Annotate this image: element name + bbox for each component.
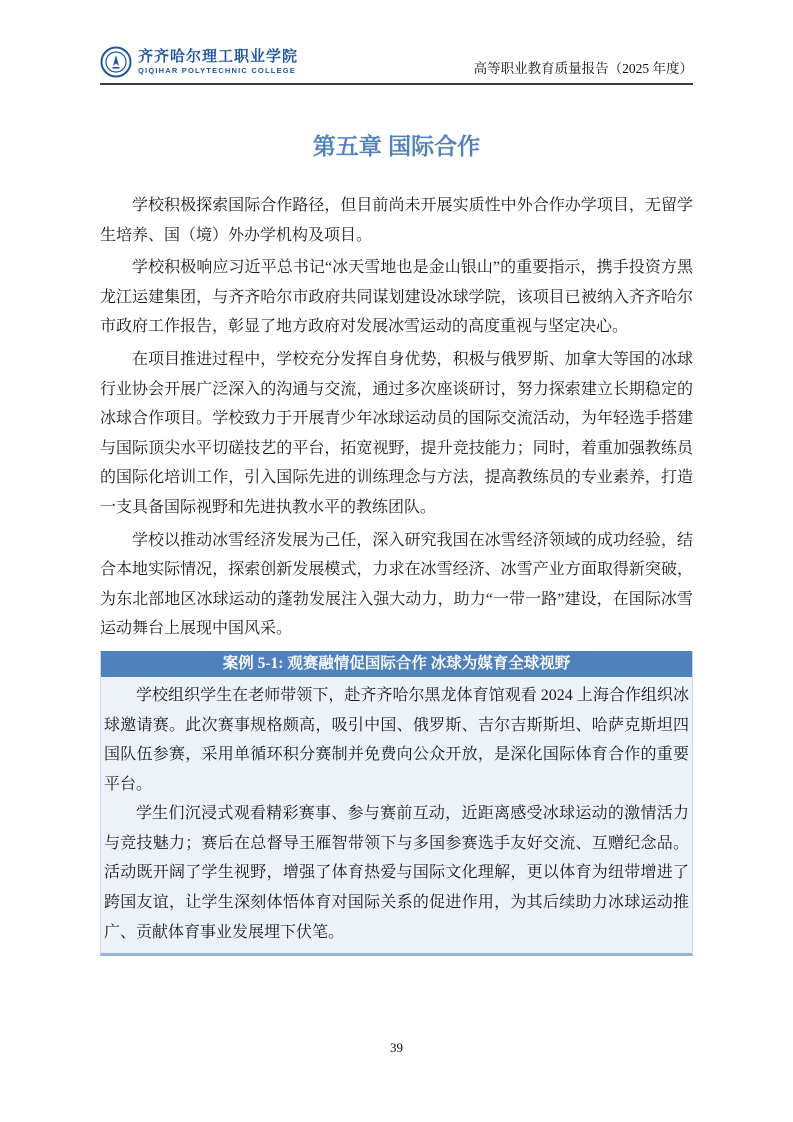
chapter-title: 第五章 国际合作 [100, 129, 693, 163]
chapter-content: 学校积极探索国际合作路径，但目前尚未开展实质性中外合作办学项目，无留学生培养、国… [100, 191, 693, 956]
case-paragraph-1: 学校组织学生在老师带领下，赴齐齐哈尔黑龙体育馆观看 2024 上海合作组织冰球邀… [104, 681, 689, 799]
body-paragraph-1: 学校积极探索国际合作路径，但目前尚未开展实质性中外合作办学项目，无留学生培养、国… [100, 191, 693, 250]
report-title: 高等职业教育质量报告（2025 年度） [474, 57, 693, 78]
case-box-title: 案例 5-1: 观赛融情促国际合作 冰球为媒育全球视野 [101, 651, 692, 677]
case-box-body: 学校组织学生在老师带领下，赴齐齐哈尔黑龙体育馆观看 2024 上海合作组织冰球邀… [101, 677, 692, 953]
body-paragraph-4: 学校以推动冰雪经济发展为己任，深入研究我国在冰雪经济领域的成功经验，结合本地实际… [100, 526, 693, 644]
page-number: 39 [0, 1040, 793, 1056]
document-page: 齐齐哈尔理工职业学院 QIQIHAR POLYTECHNIC COLLEGE 高… [0, 0, 793, 1122]
case-box: 案例 5-1: 观赛融情促国际合作 冰球为媒育全球视野 学校组织学生在老师带领下… [100, 651, 693, 956]
page-header: 齐齐哈尔理工职业学院 QIQIHAR POLYTECHNIC COLLEGE 高… [100, 0, 693, 85]
college-name-block: 齐齐哈尔理工职业学院 QIQIHAR POLYTECHNIC COLLEGE [138, 49, 298, 76]
college-name-en: QIQIHAR POLYTECHNIC COLLEGE [138, 67, 298, 75]
case-paragraph-2: 学生们沉浸式观看精彩赛事、参与赛前互动，近距离感受冰球运动的激情活力与竞技魅力；… [104, 799, 689, 947]
body-paragraph-2: 学校积极响应习近平总书记“冰天雪地也是金山银山”的重要指示，携手投资方黑龙江运建… [100, 253, 693, 342]
college-name-cn: 齐齐哈尔理工职业学院 [138, 49, 298, 66]
college-emblem-icon [100, 46, 132, 78]
body-paragraph-3: 在项目推进过程中，学校充分发挥自身优势，积极与俄罗斯、加拿大等国的冰球行业协会开… [100, 345, 693, 523]
college-logo-group: 齐齐哈尔理工职业学院 QIQIHAR POLYTECHNIC COLLEGE [100, 46, 298, 78]
